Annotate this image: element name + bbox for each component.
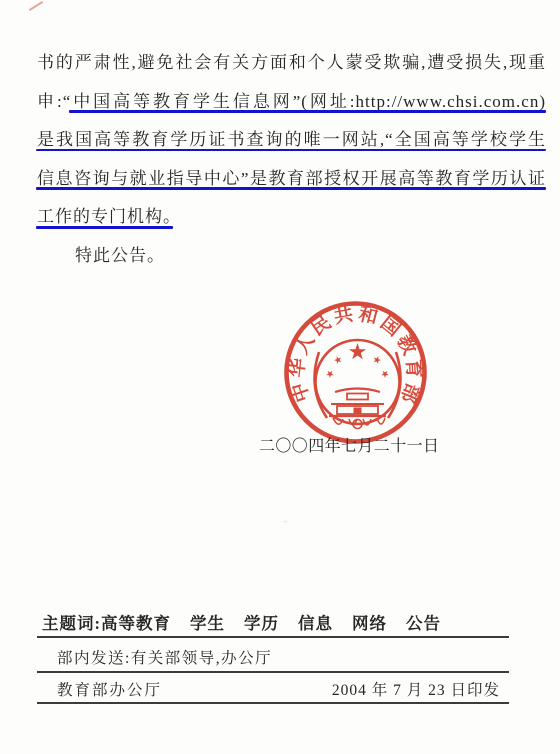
keywords-row: 主题词:高等教育学生学历信息网络公告 <box>42 610 441 634</box>
body-line-4: 信息咨询与就业指导中心”是教育部授权开展高等教育学历认证 <box>37 160 546 199</box>
print-date: 2004 年 7 月 23 日印发 <box>332 678 500 700</box>
blue-underline-4 <box>36 226 173 229</box>
keyword-term: 学历 <box>244 614 279 633</box>
keyword-term: 高等教育 <box>101 614 171 633</box>
national-emblem-icon <box>315 340 401 429</box>
keyword-term: 网络 <box>352 614 387 633</box>
body-line-2-underlined-text: “中国高等教育学生信息网”(网址:http://www.chsi.com.cn) <box>63 92 546 111</box>
keywords-label: 主题词: <box>42 614 101 633</box>
scan-artifact: + <box>283 518 290 527</box>
official-seal: 中华人民共和国教育部 <box>283 300 428 445</box>
blue-underline-3 <box>36 187 546 190</box>
divider-line <box>37 636 509 638</box>
distribution-line: 部内发送:有关部领导,办公厅 <box>57 646 272 668</box>
issuing-office: 教育部办公厅 <box>57 678 162 700</box>
blue-underline-1 <box>69 110 546 113</box>
body-line-3: 是我国高等教育学历证书查询的唯一网站,“全国高等学校学生 <box>37 121 546 160</box>
body-line-6-closing: 特此公告。 <box>37 237 546 276</box>
divider-line <box>37 702 509 704</box>
seal-date: 二〇〇四年七月二十一日 <box>259 433 449 456</box>
notice-body: 书的严肃性,避免社会有关方面和个人蒙受欺骗,遭受损失,现重 申:“中国高等教育学… <box>37 44 546 276</box>
body-line-2: 申:“中国高等教育学生信息网”(网址:http://www.chsi.com.c… <box>37 83 546 122</box>
divider-line <box>37 671 509 673</box>
keyword-term: 信息 <box>298 614 333 633</box>
issuer-row: 教育部办公厅 2004 年 7 月 23 日印发 <box>57 678 500 700</box>
blue-underline-2 <box>36 149 546 152</box>
body-line-5: 工作的专门机构。 <box>37 198 546 237</box>
keyword-term: 学生 <box>190 614 225 633</box>
keyword-term: 公告 <box>406 614 441 633</box>
body-line-2-prefix: 申: <box>37 92 63 111</box>
scanned-notice-page: 书的严肃性,避免社会有关方面和个人蒙受欺骗,遭受损失,现重 申:“中国高等教育学… <box>0 0 560 754</box>
body-line-1: 书的严肃性,避免社会有关方面和个人蒙受欺骗,遭受损失,现重 <box>37 44 546 83</box>
red-pen-mark <box>29 1 44 11</box>
